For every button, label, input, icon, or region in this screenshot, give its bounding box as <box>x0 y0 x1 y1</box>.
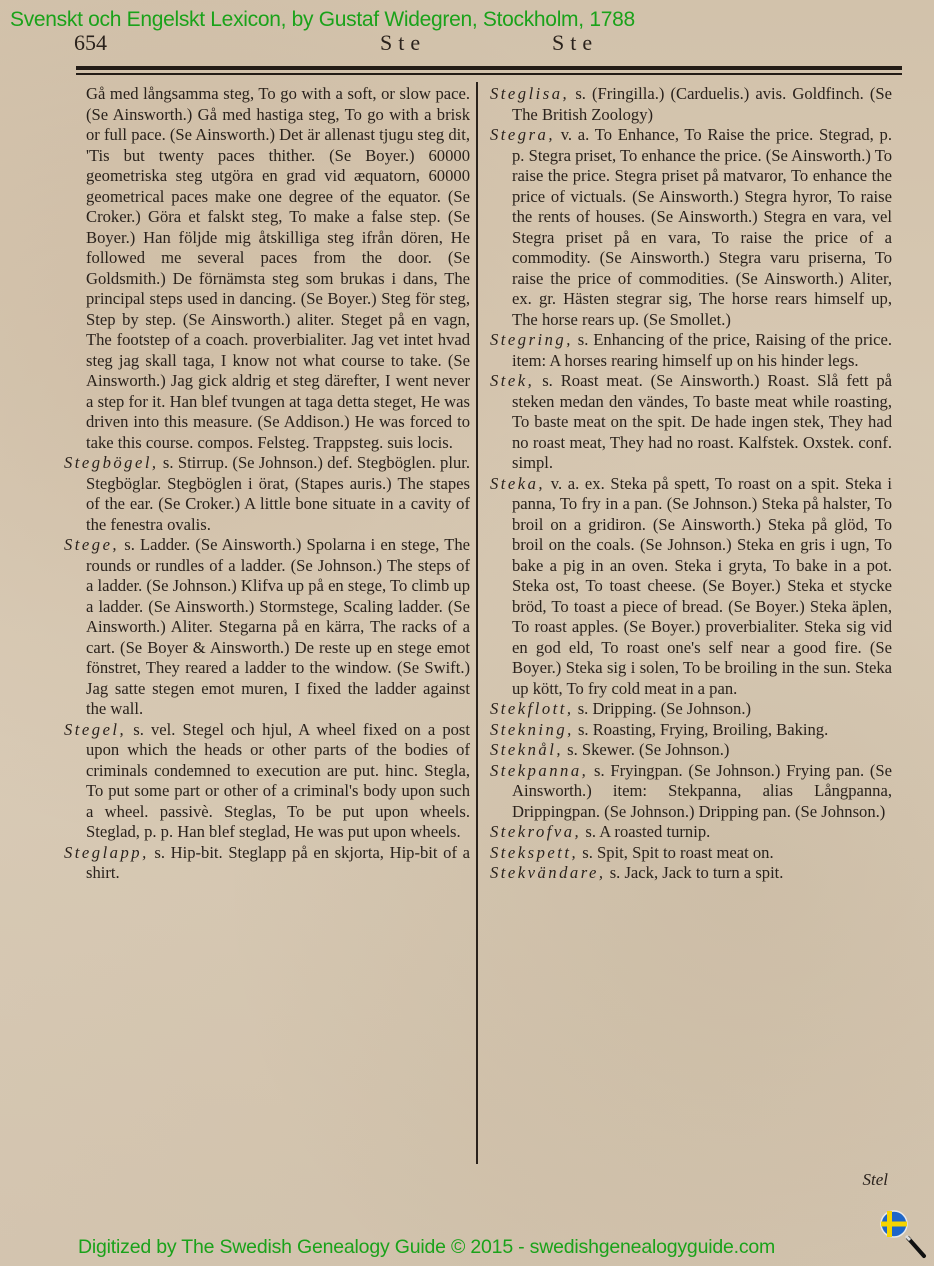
entry-definition: s. Roasting, Frying, Broiling, Baking. <box>578 720 828 739</box>
left-column: Gå med långsamma steg, To go with a soft… <box>64 84 470 884</box>
dictionary-entry: Stegel, s. vel. Stegel och hjul, A wheel… <box>64 720 470 843</box>
entry-headword: Stege, <box>64 535 119 554</box>
dictionary-entry: Steglapp, s. Hip-bit. Steglapp på en skj… <box>64 843 470 884</box>
dictionary-entry: Stekrofva, s. A roasted turnip. <box>490 822 892 843</box>
entry-definition: s. Spit, Spit to roast meat on. <box>582 843 773 862</box>
entry-definition: v. a. To Enhance, To Raise the price. St… <box>512 125 892 329</box>
running-head-right: Ste <box>552 30 598 56</box>
header-rule-thin <box>76 73 902 75</box>
digitizer-credit: Digitized by The Swedish Genealogy Guide… <box>78 1236 775 1259</box>
entry-definition: s. Dripping. (Se Johnson.) <box>578 699 751 718</box>
watermark-title: Svenskt och Engelskt Lexicon, by Gustaf … <box>10 8 635 32</box>
right-column: Steglisa, s. (Fringilla.) (Carduelis.) a… <box>490 84 892 884</box>
entry-headword: Stegbögel, <box>64 453 159 472</box>
entry-headword: Steglisa, <box>490 84 569 103</box>
entry-headword: Stekspett, <box>490 843 578 862</box>
entry-headword: Stekpanna, <box>490 761 588 780</box>
header-rule-thick <box>76 66 902 70</box>
entry-definition: s. vel. Stegel och hjul, A wheel fixed o… <box>86 720 470 842</box>
entry-headword: Stegring, <box>490 330 573 349</box>
catchword: Stel <box>863 1170 889 1190</box>
entry-definition: s. Jack, Jack to turn a spit. <box>610 863 784 882</box>
entry-definition: s. A roasted turnip. <box>585 822 710 841</box>
entry-headword: Stekrofva, <box>490 822 581 841</box>
magnifier-swedish-flag-icon <box>878 1208 928 1260</box>
entry-headword: Steglapp, <box>64 843 149 862</box>
dictionary-entry: Stegbögel, s. Stirrup. (Se Johnson.) def… <box>64 453 470 535</box>
entry-headword: Stegra, <box>490 125 555 144</box>
dictionary-entry: Steknål, s. Skewer. (Se Johnson.) <box>490 740 892 761</box>
dictionary-entry: Stegring, s. Enhancing of the price, Rai… <box>490 330 892 371</box>
entry-definition: s. (Fringilla.) (Carduelis.) avis. Goldf… <box>512 84 892 124</box>
page-number: 654 <box>74 30 107 56</box>
dictionary-entry: Stekpanna, s. Fryingpan. (Se Johnson.) F… <box>490 761 892 823</box>
dictionary-entry: Gå med långsamma steg, To go with a soft… <box>64 84 470 453</box>
entry-headword: Stekning, <box>490 720 574 739</box>
entry-headword: Stek, <box>490 371 534 390</box>
entry-headword: Steka, <box>490 474 545 493</box>
entry-headword: Stekvändare, <box>490 863 606 882</box>
running-head-left: Ste <box>380 30 426 56</box>
entry-definition: s. Ladder. (Se Ainsworth.) Spolarna i en… <box>86 535 470 718</box>
entry-headword: Steknål, <box>490 740 563 759</box>
entry-headword: Stegel, <box>64 720 126 739</box>
column-divider <box>476 82 478 1164</box>
dictionary-entry: Steka, v. a. ex. Steka på spett, To roas… <box>490 474 892 700</box>
dictionary-entry: Stek, s. Roast meat. (Se Ainsworth.) Roa… <box>490 371 892 474</box>
dictionary-entry: Stegra, v. a. To Enhance, To Raise the p… <box>490 125 892 330</box>
dictionary-entry: Stekvändare, s. Jack, Jack to turn a spi… <box>490 863 892 884</box>
dictionary-entry: Stekning, s. Roasting, Frying, Broiling,… <box>490 720 892 741</box>
dictionary-entry: Stege, s. Ladder. (Se Ainsworth.) Spolar… <box>64 535 470 720</box>
entry-definition: s. Roast meat. (Se Ainsworth.) Roast. Sl… <box>512 371 892 472</box>
dictionary-entry: Stekflott, s. Dripping. (Se Johnson.) <box>490 699 892 720</box>
entry-definition: Gå med långsamma steg, To go with a soft… <box>86 84 470 452</box>
dictionary-entry: Steglisa, s. (Fringilla.) (Carduelis.) a… <box>490 84 892 125</box>
dictionary-entry: Stekspett, s. Spit, Spit to roast meat o… <box>490 843 892 864</box>
entry-headword: Stekflott, <box>490 699 574 718</box>
entry-definition: s. Skewer. (Se Johnson.) <box>567 740 729 759</box>
entry-definition: v. a. ex. Steka på spett, To roast on a … <box>512 474 892 698</box>
